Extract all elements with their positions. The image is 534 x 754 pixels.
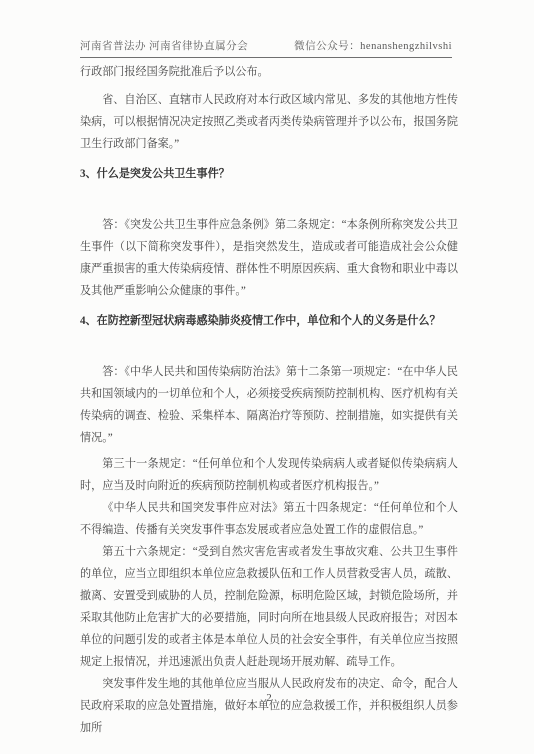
section-heading: 3、什么是突发公共卫生事件？ — [80, 163, 458, 185]
header-right-wechat-account: 微信公众号：henanshengzhilvshi — [294, 38, 452, 53]
section-heading: 4、在防控新型冠状病毒感染肺炎疫情工作中，单位和个人的义务是什么？ — [80, 310, 458, 332]
document-body: 行政部门报经国务院批准后予以公布。省、自治区、直辖市人民政府对本行政区域内常见、… — [80, 61, 458, 739]
paragraph: 第三十一条规定：“任何单位和个人发现传染病病人或者疑似传染病病人时，应当及时向附… — [80, 453, 458, 497]
paragraph: 省、自治区、直辖市人民政府对本行政区域内常见、多发的其他地方性传染病，可以根据情… — [80, 89, 458, 155]
paragraph: 突发事件发生地的其他单位应当服从人民政府发布的决定、命令，配合人民政府采取的应急… — [80, 673, 458, 739]
page-header: 河南省普法办 河南省律协直属分会 微信公众号：henanshengzhilvsh… — [80, 38, 452, 58]
header-left-text: 河南省普法办 河南省律协直属分会 — [80, 38, 248, 53]
paragraph: 《中华人民共和国突发事件应对法》第五十四条规定：“任何单位和个人不得编造、传播有… — [80, 497, 458, 541]
paragraph: 行政部门报经国务院批准后予以公布。 — [80, 61, 458, 83]
page-number: 2 — [80, 692, 458, 704]
paragraph: 答：《突发公共卫生事件应急条例》第二条规定：“本条例所称突发公共卫生事件（以下简… — [80, 214, 458, 302]
paragraph: 第五十六条规定：“受到自然灾害危害或者发生事故灾难、公共卫生事件的单位，应当立即… — [80, 541, 458, 673]
paragraph: 答：《中华人民共和国传染病防治法》第十二条第一项规定：“在中华人民共和国领域内的… — [80, 361, 458, 449]
document-page: 河南省普法办 河南省律协直属分会 微信公众号：henanshengzhilvsh… — [0, 0, 534, 754]
